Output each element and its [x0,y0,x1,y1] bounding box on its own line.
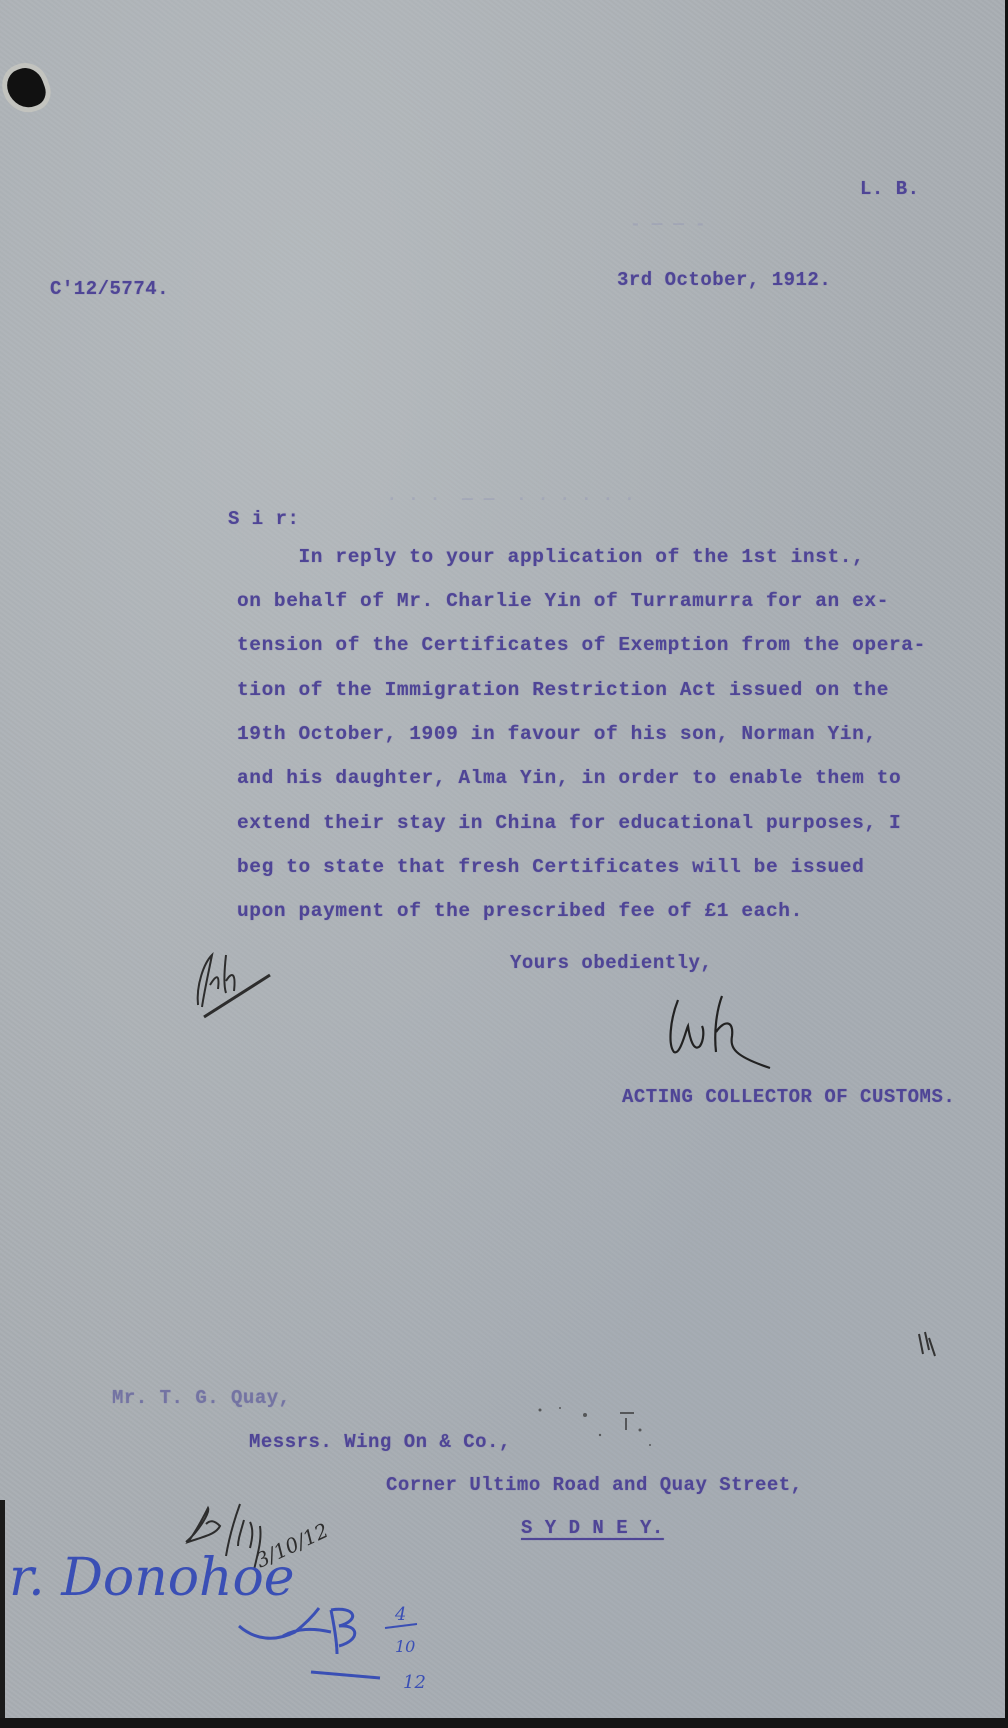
signature-title: ACTING COLLECTOR OF CUSTOMS. [622,1086,955,1108]
body-line: beg to state that fresh Certificates wil… [237,856,864,878]
body-line: tion of the Immigration Restriction Act … [237,679,889,701]
body-line: tension of the Certificates of Exemption… [237,634,926,656]
salutation: S i r: [228,508,299,530]
handwritten-ab-note: 4 10 12 [235,1600,465,1710]
show-through-text: - — — - [630,215,706,235]
ink-mark [915,1330,945,1370]
body-line: extend their stay in China for education… [237,812,901,834]
addressee-company: Messrs. Wing On & Co., [249,1431,511,1453]
body-line: on behalf of Mr. Charlie Yin of Turramur… [237,590,889,612]
closing: Yours obediently, [510,952,712,974]
body-line: In reply to your application of the 1st … [237,546,864,568]
handwritten-initials [190,945,280,1025]
svg-text:r. Donohoe: r. Donohoe [9,1548,295,1608]
signature [660,990,810,1080]
svg-text:12: 12 [403,1672,426,1693]
punch-hole [2,63,50,113]
svg-text:4: 4 [394,1604,406,1625]
addressee-street: Corner Ultimo Road and Quay Street, [386,1474,803,1496]
body-line: upon payment of the prescribed fee of £1… [237,900,803,922]
body-line: 19th October, 1909 in favour of his son,… [237,723,877,745]
addressee-city: S Y D N E Y. [521,1517,664,1539]
letter-date: 3rd October, 1912. [617,269,831,291]
file-initials: L. B. [860,178,920,200]
reference-number: C'12/5774. [50,278,169,300]
body-line: and his daughter, Alma Yin, in order to … [237,767,901,789]
show-through-text: · · · — — · · · · · · [300,490,635,510]
scan-edge-bottom [0,1718,1008,1728]
addressee-name: Mr. T. G. Quay, [112,1387,291,1409]
ink-smudge [530,1390,730,1470]
svg-text:10: 10 [395,1637,415,1656]
